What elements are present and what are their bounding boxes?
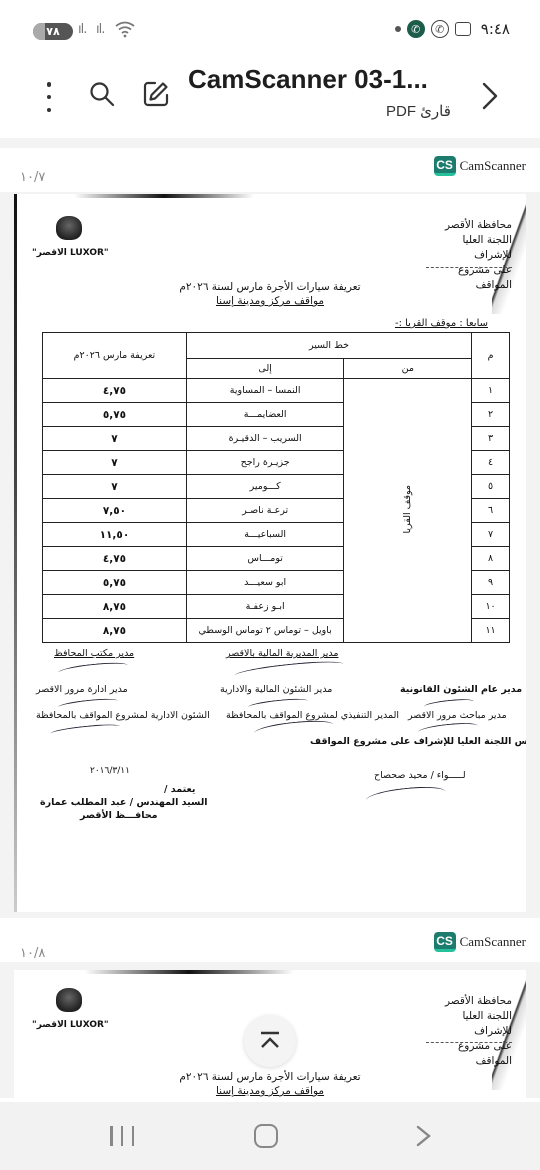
pdf-page: "الاقصر LUXOR" محافظة الأقصر اللجنة العل… [14,194,526,912]
watermark-text: CamScanner [460,934,526,950]
approver-title-text: محافـــظ الأقصر [80,810,158,821]
row-fare: ٧ [43,427,187,451]
app-bar: CamScanner 03-1... قارئ PDF [0,62,540,138]
signature-title: مدير الشئون المالية والادارية [220,684,332,695]
document-heading: تعريفة سيارات الأجرة مارس لسنة ٢٠٢٦م موا… [14,1070,526,1098]
signature-finance-admin: مدير الشئون المالية والادارية [220,684,332,695]
signature-title: مدير ادارة مرور الاقصر [36,684,128,695]
row-num: ٩ [472,571,510,595]
scan-smudge [74,194,254,198]
signature-title: رئيس اللجنة العليا للإشراف على مشروع الم… [310,736,526,747]
scroll-top-icon [258,1030,282,1052]
signature-finance-directorate: مدير المديرية المالية بالاقصر [226,648,338,659]
battery-indicator: ٧٨ [33,23,73,40]
row-num: ١٠ [472,595,510,619]
signature-scrawl [424,697,475,710]
header-line: اللجنة العليا للإشراف [422,1009,512,1039]
signature-scrawl [234,658,345,681]
luxor-emblem-icon [56,216,82,240]
approval-label: يعتمد / [164,784,195,795]
row-fare: ١١,٥٠ [43,523,187,547]
home-button[interactable] [254,1124,278,1148]
nav-back-icon [412,1124,436,1148]
chevron-right-icon [476,78,504,114]
battery-level: ٧٨ [46,25,59,38]
table-row: ١ موقف القريا النمسا – المساوية ٤,٧٥ [43,379,510,403]
row-num: ١ [472,379,510,403]
document-heading: تعريفة سيارات الأجرة مارس لسنة ٢٠٢٦م موا… [14,280,526,308]
row-num: ٧ [472,523,510,547]
signature-name: لـــــواء / محيد صحصاح [374,770,466,781]
row-fare: ٧ [43,451,187,475]
signature-title: الشئون الادارية لمشروع المواقف بالمحافظة [36,710,210,721]
approver-name: السيد المهندس / عبد المطلب عمارة [40,797,208,808]
signal-icon: ıl. [96,22,104,37]
divider [426,267,512,268]
header-line: محافظة الأقصر [422,218,512,233]
row-destination: ابـو زعفـة [186,595,344,619]
row-destination: تومـــاس [186,547,344,571]
camscanner-watermark: CS CamScanner [434,932,526,952]
heading-subline: مواقف مركز ومدينة إسنا [14,1084,526,1098]
signature-general: لـــــواء / محيد صحصاح [374,770,466,781]
signature-admin-affairs: الشئون الادارية لمشروع المواقف بالمحافظة [36,710,210,721]
watermark-text: CamScanner [460,158,526,174]
row-destination: العضايمـــة [186,403,344,427]
heading-line: تعريفة سيارات الأجرة مارس لسنة ٢٠٢٦م [14,280,526,294]
row-fare: ٨,٧٥ [43,595,187,619]
section-label: سابعا : موقف القريا :- [395,318,488,329]
row-fare: ٤,٧٥ [43,547,187,571]
more-vert-icon [47,82,52,87]
header-fare: تعريفة مارس ٢٠٢٦م [43,333,187,379]
camscanner-logo-icon: CS [434,156,456,176]
header-line: اللجنة العليا للإشراف [422,233,512,263]
signature-title: مدير مباحث مرور الاقصر [408,710,507,721]
row-destination: كـــومير [186,475,344,499]
row-num: ٥ [472,475,510,499]
approval-date-scrawl: ٢٠١٦/٣/١١ [90,766,130,776]
signature-scrawl [50,722,120,737]
phone-app-icon: ✆ [407,20,425,38]
logo-caption: "الاقصر LUXOR" [32,1020,109,1030]
row-num: ٨ [472,547,510,571]
clock: ٩:٤٨ [481,20,510,38]
search-button[interactable] [88,80,116,108]
recents-icon [110,1126,113,1146]
fare-table: م خط السير تعريفة مارس ٢٠٢٦م من إلى ١ مو… [42,332,510,643]
header-line: محافظة الأقصر [422,994,512,1009]
signature-governor-office: مدير مكتب المحافظ [54,648,134,659]
row-num: ١١ [472,619,510,643]
edit-button[interactable] [142,80,170,108]
notification-dot-icon [395,26,401,32]
approver-title: محافـــظ الأقصر [80,810,158,821]
back-nav-button[interactable] [412,1124,436,1148]
row-destination: النمسا – المساوية [186,379,344,403]
row-fare: ٥,٧٥ [43,571,187,595]
signature-title: مدير عام الشئون القانونية [400,684,522,695]
row-fare: ٧,٥٠ [43,499,187,523]
header-to: إلى [186,359,344,379]
row-num: ٦ [472,499,510,523]
back-button[interactable] [476,78,504,114]
recents-button[interactable] [110,1126,134,1146]
page-footer: ١٠/٨ CS CamScanner [0,918,540,962]
row-destination: ترعـة ناصـر [186,499,344,523]
signature-scrawl [418,721,479,737]
document-title: CamScanner 03-1... [188,64,428,95]
from-value: موقف القريا [402,485,413,534]
whatsapp-icon: ✆ [431,20,449,38]
row-destination: جزيـرة راجح [186,451,344,475]
row-fare: ٧ [43,475,187,499]
header-num: م [472,333,510,379]
camscanner-logo-icon: CS [434,932,456,952]
signature-title: مدير المديرية المالية بالاقصر [226,648,338,659]
signature-committee-head: رئيس اللجنة العليا للإشراف على مشروع الم… [310,736,526,747]
signature-legal-affairs: مدير عام الشئون القانونية [400,684,522,695]
scan-smudge [84,970,294,974]
header-from: من [344,359,472,379]
status-bar: ٧٨ ıl. ıl. ✆ ✆ ٩:٤٨ [0,0,540,62]
row-num: ٣ [472,427,510,451]
from-cell: موقف القريا [344,379,472,643]
edit-icon [142,80,170,108]
row-destination: السريب – الدقيـرة [186,427,344,451]
more-options-button[interactable] [42,82,56,112]
camscanner-watermark: CS CamScanner [434,156,526,176]
signal-icon: ıl. [78,22,86,37]
row-num: ٤ [472,451,510,475]
signature-scrawl [58,660,129,677]
wifi-icon [114,20,136,42]
signature-traffic-investigations: مدير مباحث مرور الاقصر [408,710,507,721]
logo-caption: "الاقصر LUXOR" [32,248,109,258]
row-fare: ٤,٧٥ [43,379,187,403]
page-indicator: ١٠/٨ [20,946,45,961]
header-line: على مشروع المواقف [422,1039,512,1069]
signature-scrawl [248,697,309,711]
signature-executive-director: المدير التنفيذي لمشروع المواقف بالمحافظة [226,710,399,721]
approver-name-text: السيد المهندس / عبد المطلب عمارة [40,797,208,808]
row-destination: باويل – توماس ٢ توماس الوسطي [186,619,344,643]
app-subtitle: قارئ PDF [386,102,451,120]
status-icons: ✆ ✆ ٩:٤٨ [395,20,510,38]
search-icon [88,80,116,108]
governorate-header: محافظة الأقصر اللجنة العليا للإشراف على … [422,994,512,1069]
heading-line: تعريفة سيارات الأجرة مارس لسنة ٢٠٢٦م [14,1070,526,1084]
row-fare: ٨,٧٥ [43,619,187,643]
scroll-to-top-button[interactable] [244,1015,296,1067]
divider [426,1042,512,1043]
pdf-viewer[interactable]: ١٠/٧ CS CamScanner "الاقصر LUXOR" محافظة… [0,138,540,1098]
page-footer: ١٠/٧ CS CamScanner [0,148,540,192]
signature-title: المدير التنفيذي لمشروع المواقف بالمحافظة [226,710,399,721]
header-route: خط السير [186,333,471,359]
row-num: ٢ [472,403,510,427]
signature-traffic-admin: مدير ادارة مرور الاقصر [36,684,128,695]
approval-label-text: يعتمد / [164,784,195,795]
screenshot-icon [455,22,471,36]
navigation-bar [0,1102,540,1170]
signature-title: مدير مكتب المحافظ [54,648,134,659]
page-indicator: ١٠/٧ [20,170,45,185]
heading-subline: مواقف مركز ومدينة إسنا [14,294,526,308]
row-destination: ابو سعيـــد [186,571,344,595]
signature-scrawl [365,784,446,808]
row-destination: السباعيـــة [186,523,344,547]
row-fare: ٥,٧٥ [43,403,187,427]
signature-scrawl [58,697,119,711]
luxor-emblem-icon [56,988,82,1012]
